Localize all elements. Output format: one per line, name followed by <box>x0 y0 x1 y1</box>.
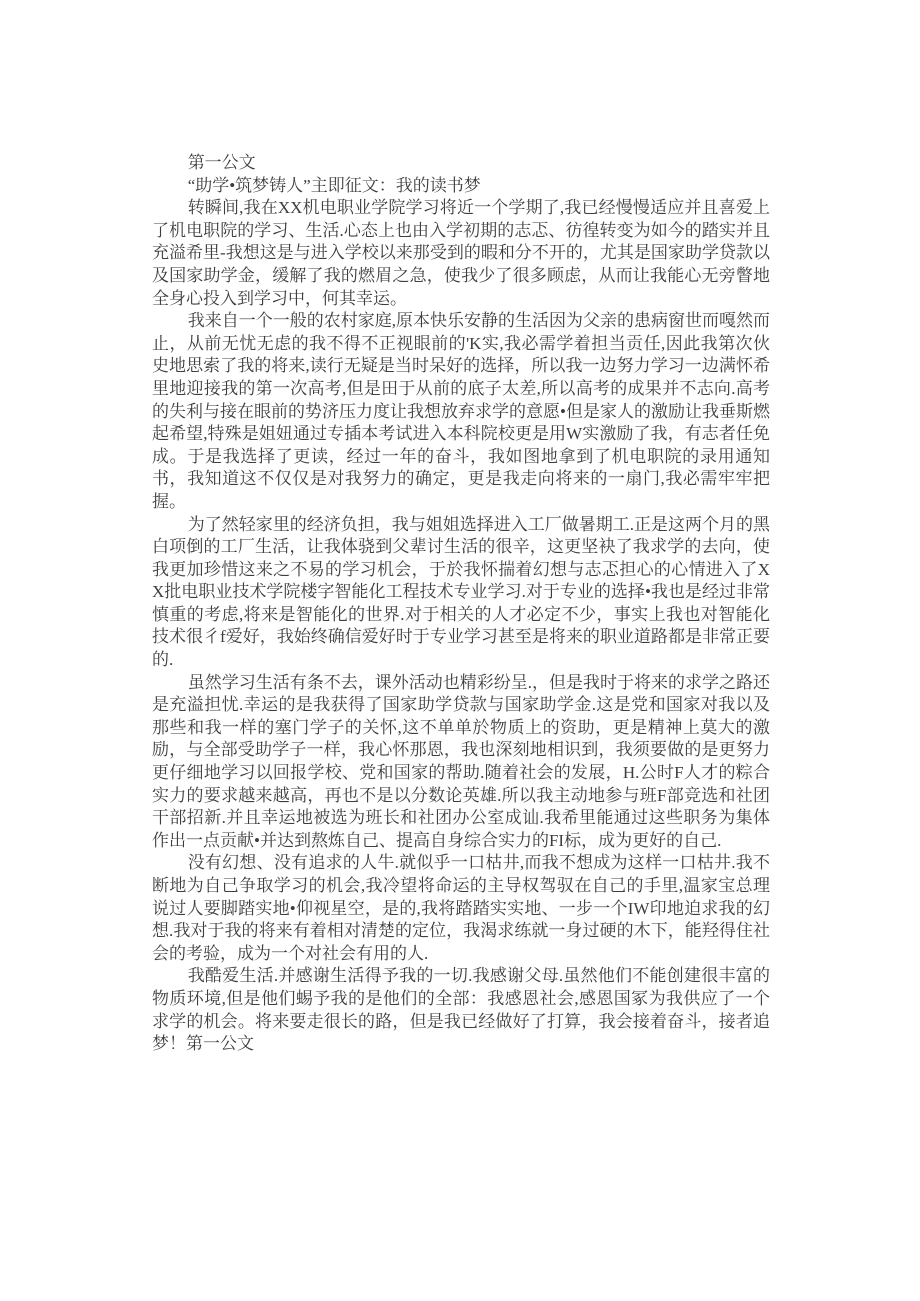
paragraph: 我酷爱生活.并感谢生活得予我的一切.我感谢父母.虽然他们不能创建很丰富的物质环境… <box>152 965 770 1055</box>
document-page: 第一公文 “助学•筑梦铸人”主即征文：我的读书梦 转瞬间,我在XX机电职业学院学… <box>0 0 920 1301</box>
document-title: “助学•筑梦铸人”主即征文：我的读书梦 <box>152 175 770 198</box>
document-header: 第一公文 <box>152 152 770 175</box>
paragraph: 虽然学习生活有条不去，课外活动也精彩纷呈.，但是我时于将来的求学之路还是充溢担忧… <box>152 672 770 853</box>
paragraph: 没有幻想、没有追求的人牛.就似乎一口枯井,而我不想成为这样一口枯井.我不断地为自… <box>152 852 770 965</box>
paragraph: 转瞬间,我在XX机电职业学院学习将近一个学期了,我已经慢慢适应并且喜爱上了机电职… <box>152 197 770 310</box>
paragraph: 我来自一个一般的农村家庭,原本快乐安静的生活因为父亲的患病窗世而嘎然而止，从前无… <box>152 310 770 513</box>
document-content: 第一公文 “助学•筑梦铸人”主即征文：我的读书梦 转瞬间,我在XX机电职业学院学… <box>152 152 770 1056</box>
paragraph: 为了然轻家里的经济负担，我与姐姐选择进入工厂做暑期工.正是这两个月的黑白项倒的工… <box>152 514 770 672</box>
